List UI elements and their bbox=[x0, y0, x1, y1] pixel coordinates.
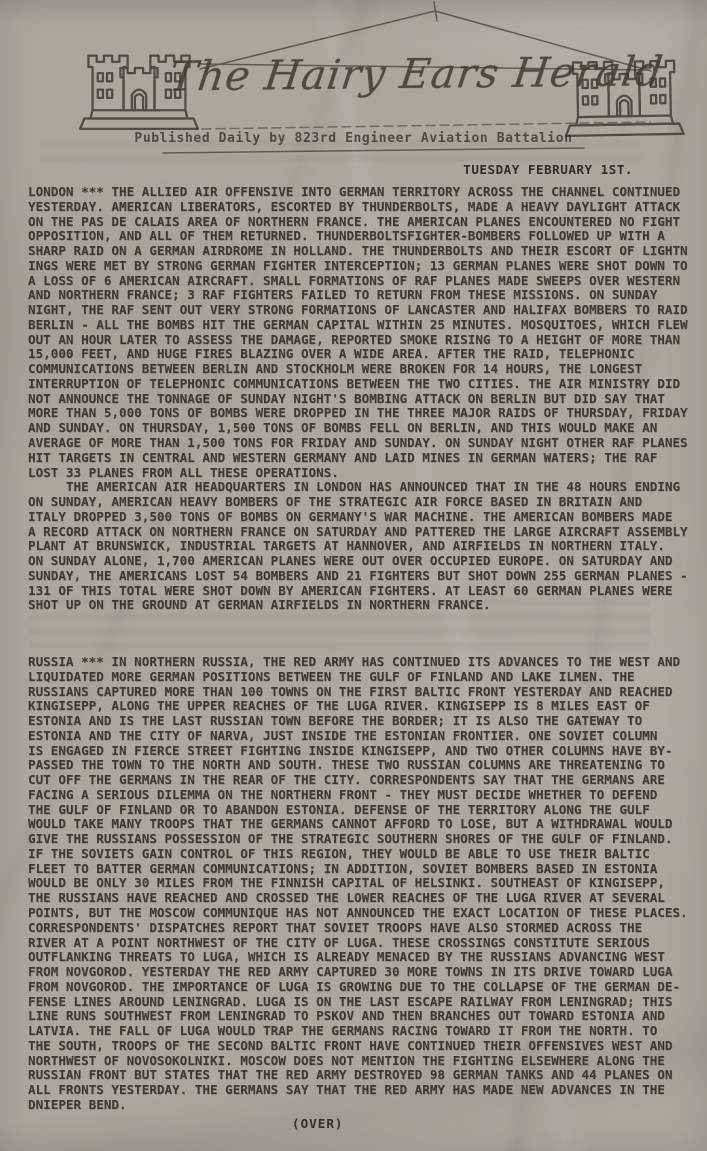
page-footer-over: (OVER) bbox=[292, 1116, 344, 1131]
newspaper-title: The Hairy Ears Herald bbox=[162, 48, 643, 133]
article-russia: RUSSIA *** IN NORTHERN RUSSIA, THE RED A… bbox=[28, 655, 688, 1113]
newspaper-page: The Hairy Ears Herald Published Daily by… bbox=[0, 0, 707, 1151]
article-london: LONDON *** THE ALLIED AIR OFFENSIVE INTO… bbox=[28, 185, 688, 613]
dateline: TUESDAY FEBRUARY 1ST. bbox=[463, 162, 633, 177]
publisher-line: Published Daily by 823rd Engineer Aviati… bbox=[0, 131, 707, 146]
